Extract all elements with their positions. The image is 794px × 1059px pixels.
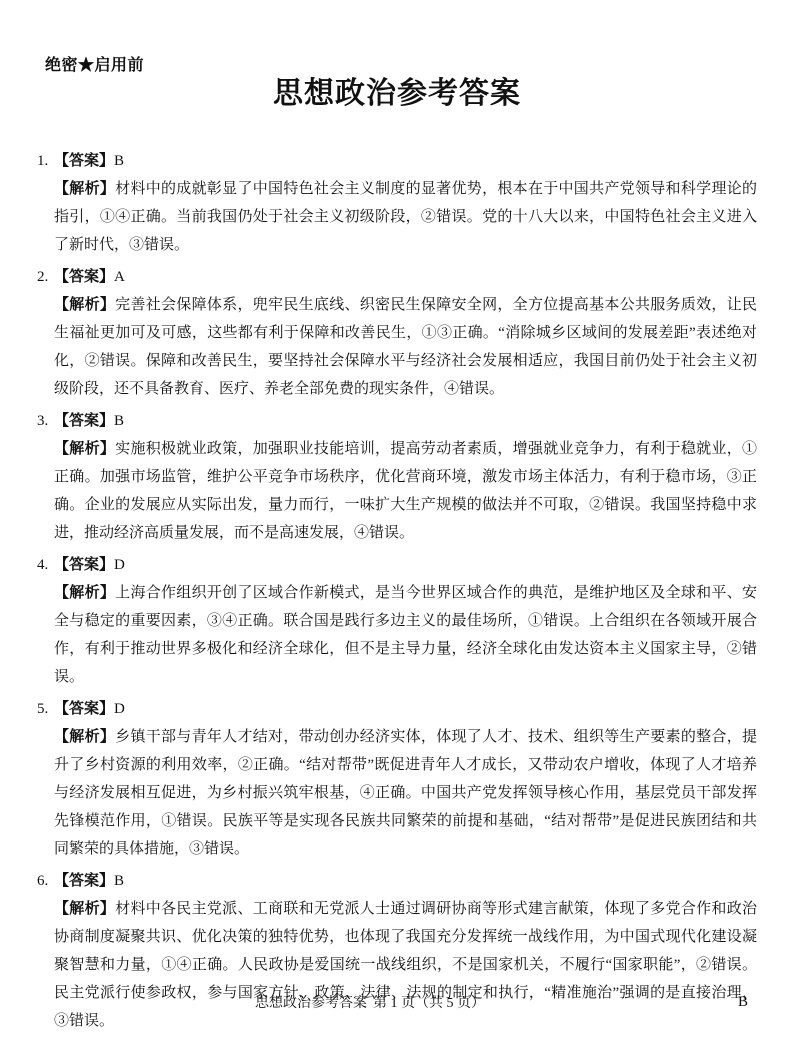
question-body: 【答案】D 【解析】乡镇干部与青年人才结对，带动创办经济实体，体现了人才、技术、… [54, 695, 757, 863]
question-number: 4. [37, 551, 54, 691]
analysis-label: 【解析】 [54, 585, 115, 601]
question-body: 【答案】B 【解析】材料中的成就彰显了中国特色社会主义制度的显著优势，根本在于中… [54, 147, 757, 259]
analysis-text: 乡镇干部与青年人才结对，带动创办经济实体，体现了人才、技术、组织等生产要素的整合… [54, 729, 757, 857]
analysis-label: 【解析】 [54, 441, 115, 457]
answer-key-page: { "page": { "secrecy_notice": "绝密★启用前", … [0, 0, 794, 1059]
footer: 思想政治参考答案第 1 页（共 5 页） [0, 995, 740, 1012]
analysis-label: 【解析】 [54, 901, 115, 917]
question-number: 1. [37, 147, 54, 259]
question-number: 2. [37, 263, 54, 403]
answer-label: 【答案】 [54, 413, 114, 429]
footer-page-info: 第 1 页（共 5 页） [373, 996, 485, 1011]
answer-value: B [114, 873, 124, 889]
analysis-text: 上海合作组织开创了区域合作新模式，是当今世界区域合作的典范，是维护地区及全球和平… [54, 585, 757, 685]
analysis-paragraph: 【解析】上海合作组织开创了区域合作新模式，是当今世界区域合作的典范，是维护地区及… [54, 579, 757, 691]
analysis-label: 【解析】 [54, 181, 115, 197]
answer-line: 【答案】B [54, 867, 757, 895]
analysis-text: 实施积极就业政策，加强职业技能培训，提高劳动者素质，增强就业竞争力，有利于稳就业… [54, 441, 757, 541]
footer-doc-title: 思想政治参考答案 [255, 996, 367, 1011]
answer-label: 【答案】 [54, 269, 114, 285]
question-number: 3. [37, 407, 54, 547]
question-item: 5. 【答案】D 【解析】乡镇干部与青年人才结对，带动创办经济实体，体现了人才、… [37, 695, 759, 863]
answer-label: 【答案】 [54, 153, 114, 169]
analysis-paragraph: 【解析】乡镇干部与青年人才结对，带动创办经济实体，体现了人才、技术、组织等生产要… [54, 723, 757, 863]
question-item: 4. 【答案】D 【解析】上海合作组织开创了区域合作新模式，是当今世界区域合作的… [37, 551, 759, 691]
analysis-paragraph: 【解析】材料中的成就彰显了中国特色社会主义制度的显著优势，根本在于中国共产党领导… [54, 175, 757, 259]
answer-line: 【答案】B [54, 147, 757, 175]
question-item: 3. 【答案】B 【解析】实施积极就业政策，加强职业技能培训，提高劳动者素质，增… [37, 407, 759, 547]
analysis-label: 【解析】 [54, 297, 115, 313]
answer-label: 【答案】 [54, 557, 114, 573]
analysis-paragraph: 【解析】完善社会保障体系，兜牢民生底线、织密民生保障安全网，全方位提高基本公共服… [54, 291, 757, 403]
answer-value: D [114, 557, 125, 573]
question-number: 5. [37, 695, 54, 863]
question-body: 【答案】B 【解析】实施积极就业政策，加强职业技能培训，提高劳动者素质，增强就业… [54, 407, 757, 547]
answer-line: 【答案】D [54, 695, 757, 723]
answer-line: 【答案】B [54, 407, 757, 435]
answer-value: B [114, 153, 124, 169]
analysis-text: 完善社会保障体系，兜牢民生底线、织密民生保障安全网，全方位提高基本公共服务质效，… [54, 297, 757, 397]
question-item: 2. 【答案】A 【解析】完善社会保障体系，兜牢民生底线、织密民生保障安全网，全… [37, 263, 759, 403]
answers-list: 1. 【答案】B 【解析】材料中的成就彰显了中国特色社会主义制度的显著优势，根本… [37, 147, 759, 1039]
question-body: 【答案】A 【解析】完善社会保障体系，兜牢民生底线、织密民生保障安全网，全方位提… [54, 263, 757, 403]
answer-label: 【答案】 [54, 873, 114, 889]
answer-line: 【答案】D [54, 551, 757, 579]
question-body: 【答案】D 【解析】上海合作组织开创了区域合作新模式，是当今世界区域合作的典范，… [54, 551, 757, 691]
version-marker: B [738, 994, 748, 1011]
answer-value: B [114, 413, 124, 429]
analysis-text: 材料中的成就彰显了中国特色社会主义制度的显著优势，根本在于中国共产党领导和科学理… [54, 181, 757, 253]
question-item: 1. 【答案】B 【解析】材料中的成就彰显了中国特色社会主义制度的显著优势，根本… [37, 147, 759, 259]
answer-label: 【答案】 [54, 701, 114, 717]
analysis-paragraph: 【解析】材料中各民主党派、工商联和无党派人士通过调研协商等形式建言献策，体现了多… [54, 895, 757, 1035]
page-title: 思想政治参考答案 [0, 68, 794, 112]
answer-line: 【答案】A [54, 263, 757, 291]
answer-value: A [114, 269, 125, 285]
analysis-label: 【解析】 [54, 729, 115, 745]
answer-value: D [114, 701, 125, 717]
analysis-paragraph: 【解析】实施积极就业政策，加强职业技能培训，提高劳动者素质，增强就业竞争力，有利… [54, 435, 757, 547]
